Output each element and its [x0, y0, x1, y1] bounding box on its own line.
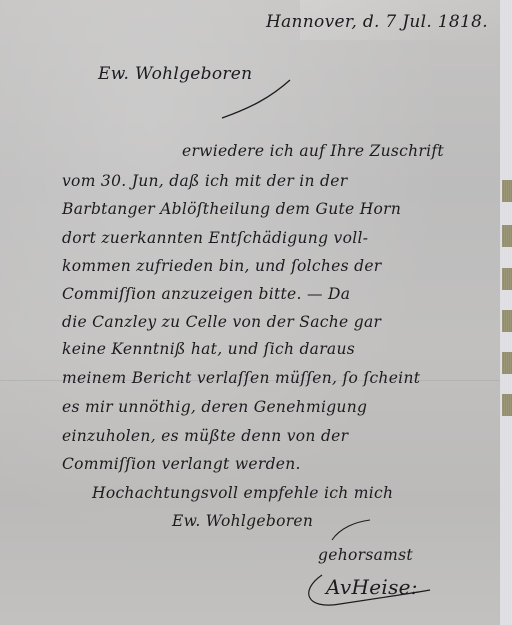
body-line-2: vom 30. Jun, daß ich mit der in der — [62, 172, 347, 190]
place-date: Hannover, d. 7 Jul. 1818. — [266, 12, 488, 32]
fabric-stripe — [502, 268, 512, 290]
background-fabric — [500, 0, 512, 625]
body-line-6: Commiſſion anzuzeigen bitte. — Da — [62, 285, 350, 303]
body-line-12: Commiſſion verlangt werden. — [62, 455, 301, 473]
body-line-7: die Canzley zu Celle von der Sache gar — [62, 313, 381, 331]
letter-paper: Hannover, d. 7 Jul. 1818. Ew. Wohlgebore… — [0, 0, 500, 625]
fabric-stripe — [502, 225, 512, 247]
fabric-stripe — [502, 310, 512, 332]
body-line-9: meinem Bericht verlaſſen müſſen, ſo ſche… — [62, 369, 420, 387]
body-line-8: keine Kenntniß hat, und ſich daraus — [62, 340, 355, 358]
fabric-stripe — [502, 394, 512, 416]
complimentary-close: gehorsamst — [318, 546, 413, 564]
salutation: Ew. Wohlgeboren — [98, 64, 252, 84]
fabric-stripe — [502, 180, 512, 202]
signature: AvHeise: — [326, 575, 418, 599]
closing-address: Ew. Wohlgeboren — [172, 512, 313, 530]
fabric-stripe — [502, 352, 512, 374]
body-line-5: kommen zufrieden bin, und ſolches der — [62, 257, 382, 275]
body-line-1: erwiedere ich auf Ihre Zuschrift — [182, 142, 444, 160]
closing-phrase: Hochachtungsvoll empfehle ich mich — [92, 484, 393, 502]
body-line-4: dort zuerkannten Entſchädigung voll- — [62, 229, 368, 247]
body-line-11: einzuholen, es müßte denn von der — [62, 427, 348, 445]
body-line-10: es mir unnöthig, deren Genehmigung — [62, 398, 367, 416]
body-line-3: Barbtanger Ablöſtheilung dem Gute Horn — [62, 200, 401, 218]
